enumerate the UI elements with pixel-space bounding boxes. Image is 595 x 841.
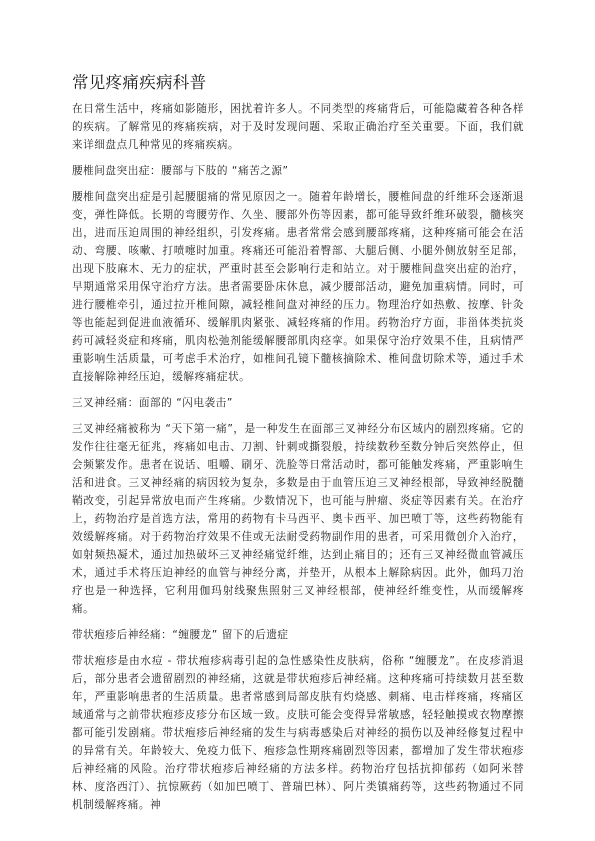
section-body-herpes: 带状疱疹是由水痘 - 带状疱疹病毒引起的急性感染性皮肤病，俗称 “缠腰龙”。在皮… bbox=[72, 652, 524, 814]
section-heading-lumbar: 腰椎间盘突出症：腰部与下肢的 “痛苦之源” bbox=[72, 162, 524, 180]
intro-paragraph: 在日常生活中，疼痛如影随形，困扰着许多人。不同类型的疼痛背后，可能隐藏着各种各样… bbox=[72, 100, 524, 154]
section-body-trigeminal: 三叉神经痛被称为 “天下第一痛”，是一种发生在面部三叉神经分布区域内的剧烈疼痛。… bbox=[72, 420, 524, 618]
section-body-lumbar: 腰椎间盘突出症是引起腰腿痛的常见原因之一。随着年龄增长，腰椎间盘的纤维环会逐渐退… bbox=[72, 188, 524, 386]
section-heading-herpes: 带状疱疹后神经痛：“缠腰龙” 留下的后遗症 bbox=[72, 626, 524, 644]
document-page: 常见疼痛疾病科普 在日常生活中，疼痛如影随形，困扰着许多人。不同类型的疼痛背后，… bbox=[72, 72, 524, 822]
page-title: 常见疼痛疾病科普 bbox=[72, 72, 524, 94]
section-heading-trigeminal: 三叉神经痛：面部的 “闪电袭击” bbox=[72, 394, 524, 412]
